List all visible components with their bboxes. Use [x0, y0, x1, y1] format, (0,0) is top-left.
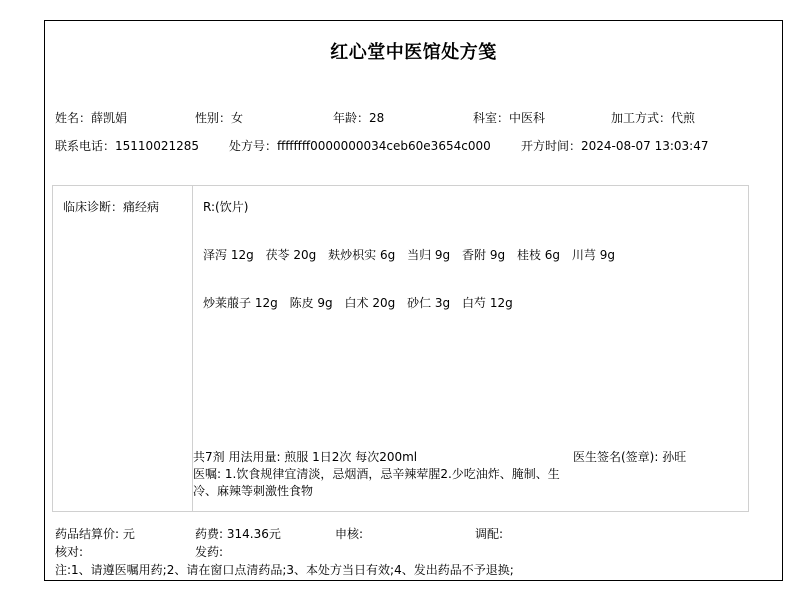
patient-gender-label: 性别： [195, 111, 231, 125]
herb-item: 茯苓 20g [266, 248, 317, 262]
fee-field: 药费: 314.36元 [195, 525, 281, 542]
processing: 代煎 [671, 111, 695, 125]
patient-age-label: 年龄： [333, 111, 369, 125]
herb-item: 砂仁 3g [407, 296, 450, 310]
patient-gender: 女 [231, 111, 243, 125]
usage-dosage: 共7剂 用法用量: 煎服 1日2次 每次200ml [193, 448, 417, 465]
page-title: 红心堂中医馆处方笺 [45, 38, 782, 64]
department-field: 科室：中医科 [473, 109, 545, 126]
rx-time-field: 开方时间：2024-08-07 13:03:47 [521, 137, 708, 154]
check-label: 核对: [55, 545, 83, 559]
rx-number-label: 处方号： [229, 139, 277, 153]
diagnosis: 临床诊断：痛经病 [63, 198, 159, 215]
rx-number: ffffffff0000000034ceb60e3654c000 [277, 139, 491, 153]
issue-field: 发药: [195, 543, 223, 560]
diagnosis-label: 临床诊断： [63, 200, 123, 214]
prescription-box: 临床诊断：痛经病 R:(饮片) 泽泻 12g 茯苓 20g 麸炒枳实 6g 当归… [52, 185, 749, 512]
processing-label: 加工方式： [611, 111, 671, 125]
check-field: 核对: [55, 543, 83, 560]
doctor-signature: 医生签名(签章): 孙旺 [573, 448, 686, 465]
phone: 15110021285 [115, 139, 199, 153]
herb-item: 桂枝 6g [517, 248, 560, 262]
rx-number-field: 处方号：ffffffff0000000034ceb60e3654c000 [229, 137, 491, 154]
phone-label: 联系电话： [55, 139, 115, 153]
fee-label: 药费: [195, 527, 223, 541]
patient-gender-field: 性别：女 [195, 109, 243, 126]
herb-item: 白芍 12g [462, 296, 513, 310]
patient-age-field: 年龄：28 [333, 109, 384, 126]
prescription-sheet: 红心堂中医馆处方笺 姓名：薛凯娟 性别：女 年龄：28 科室：中医科 加工方式：… [44, 20, 783, 581]
rx-time: 2024-08-07 13:03:47 [581, 139, 708, 153]
dispense-label: 调配: [475, 527, 503, 541]
processing-field: 加工方式：代煎 [611, 109, 695, 126]
phone-field: 联系电话：15110021285 [55, 137, 199, 154]
herb-item: 香附 9g [462, 248, 505, 262]
dispense-field: 调配: [475, 525, 503, 542]
settle-price-field: 药品结算价: 元 [55, 525, 135, 542]
review-label: 申核: [335, 527, 363, 541]
rx-header: R:(饮片) [203, 198, 248, 215]
herb-item: 白术 20g [345, 296, 396, 310]
department-label: 科室： [473, 111, 509, 125]
settle-price-label: 药品结算价: [55, 527, 119, 541]
settle-price: 元 [123, 527, 135, 541]
advice-text: 1.饮食规律宜清淡，忌烟酒，忌辛辣荤腥2.少吃油炸、腌制、生冷、麻辣等刺激性食物 [193, 467, 560, 498]
doctor-name: 孙旺 [662, 450, 686, 464]
herb-item: 当归 9g [407, 248, 450, 262]
herb-item: 炒莱菔子 12g [203, 296, 278, 310]
fee: 314.36元 [227, 527, 281, 541]
doctor-signature-label: 医生签名(签章): [573, 450, 658, 464]
department: 中医科 [509, 111, 545, 125]
patient-age: 28 [369, 111, 384, 125]
diagnosis-value: 痛经病 [123, 200, 159, 214]
herb-item: 泽泻 12g [203, 248, 254, 262]
herb-item: 陈皮 9g [290, 296, 333, 310]
patient-name: 薛凯娟 [91, 111, 127, 125]
medical-advice: 医嘱: 1.饮食规律宜清淡，忌烟酒，忌辛辣荤腥2.少吃油炸、腌制、生冷、麻辣等刺… [193, 466, 573, 500]
patient-name-label: 姓名： [55, 111, 91, 125]
herb-item: 川芎 9g [572, 248, 615, 262]
rx-time-label: 开方时间： [521, 139, 581, 153]
herb-item: 麸炒枳实 6g [328, 248, 395, 262]
herb-line-1: 泽泻 12g 茯苓 20g 麸炒枳实 6g 当归 9g 香附 9g 桂枝 6g … [203, 246, 623, 263]
issue-label: 发药: [195, 545, 223, 559]
advice-label: 医嘱: [193, 467, 221, 481]
herb-line-2: 炒莱菔子 12g 陈皮 9g 白术 20g 砂仁 3g 白芍 12g [203, 294, 521, 311]
footer-note: 注:1、请遵医嘱用药;2、请在窗口点清药品;3、本处方当日有效;4、发出药品不予… [55, 561, 514, 578]
review-field: 申核: [335, 525, 363, 542]
patient-name-field: 姓名：薛凯娟 [55, 109, 127, 126]
